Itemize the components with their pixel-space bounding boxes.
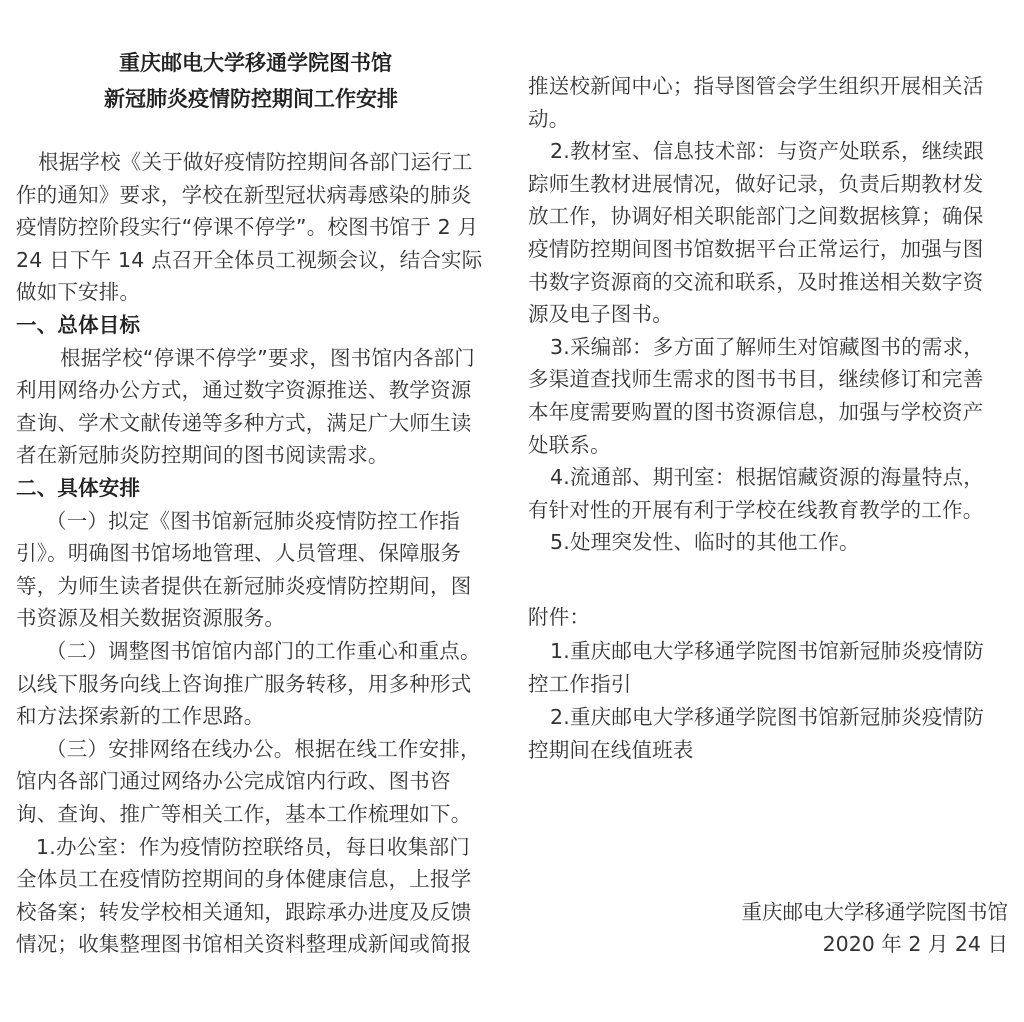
- paragraph-line: 源及电子图书。: [528, 300, 673, 328]
- signature-organization: 重庆邮电大学移通学院图书馆: [742, 898, 1009, 926]
- paragraph-line: 等，为师生读者提供在新冠肺炎疫情防控期间，图: [16, 572, 471, 600]
- paragraph-line: 3.采编部：多方面了解师生对馆藏图书的需求，: [528, 333, 984, 361]
- paragraph-line: 疫情防控阶段实行“停课不停学”。校图书馆于 2 月: [16, 213, 478, 241]
- paragraph-line: 多渠道查找师生需求的图书书目，继续修订和完善: [528, 365, 983, 393]
- paragraph-line: 有针对性的开展有利于学校在线教育教学的工作。: [528, 496, 983, 524]
- paragraph-line: 校备案；转发学校相关通知，跟踪承办进度及反馈: [16, 898, 471, 926]
- paragraph-line: 处联系。: [528, 431, 611, 459]
- paragraph-line: 本年度需要购置的图书资源信息，加强与学校资产: [528, 398, 983, 426]
- attachment-line: 2.重庆邮电大学移通学院图书馆新冠肺炎疫情防: [528, 703, 984, 731]
- paragraph-line: 放工作，协调好相关职能部门之间数据核算；确保: [528, 202, 983, 230]
- attachment-line: 控工作指引: [528, 670, 632, 698]
- paragraph-line: 询、查询、推广等相关工作，基本工作梳理如下。: [16, 800, 471, 828]
- paragraph-line: 情况；收集整理图书馆相关资料整理成新闻或简报: [16, 930, 471, 958]
- paragraph-line: 者在新冠肺炎防控期间的图书阅读需求。: [16, 441, 389, 469]
- paragraph-line: 查询、学术文献传递等多种方式，满足广大师生读: [16, 409, 471, 437]
- paragraph-line: （一）拟定《图书馆新冠肺炎疫情防控工作指: [16, 507, 460, 535]
- paragraph-line: 作的通知》要求，学校在新型冠状病毒感染的肺炎: [16, 181, 471, 209]
- attachment-line: 1.重庆邮电大学移通学院图书馆新冠肺炎疫情防: [528, 637, 984, 665]
- attachments-label: 附件：: [528, 603, 590, 631]
- paragraph-line: 做如下安排。: [16, 278, 140, 306]
- attachment-line: 控期间在线值班表: [528, 736, 694, 764]
- section-heading: 一、总体目标: [16, 311, 140, 339]
- paragraph-line: 根据学校《关于做好疫情防控期间各部门运行工: [16, 148, 473, 176]
- paragraph-line: （二）调整图书馆馆内部门的工作重心和重点。: [16, 637, 481, 665]
- paragraph-line: 5.处理突发性、临时的其他工作。: [528, 528, 860, 556]
- paragraph-line: 根据学校“停课不停学”要求，图书馆内各部门: [16, 344, 475, 372]
- paragraph-line: 疫情防控期间图书馆数据平台正常运行，加强与图: [528, 235, 983, 263]
- paragraph-line: 馆内各部门通过网络办公完成馆内行政、图书咨: [16, 767, 451, 795]
- paragraph-line: 动。: [528, 105, 569, 133]
- section-heading: 二、具体安排: [16, 474, 140, 502]
- paragraph-line: （三）安排网络在线办公。根据在线工作安排，: [16, 735, 481, 763]
- paragraph-line: 书资源及相关数据资源服务。: [16, 604, 285, 632]
- paragraph-line: 利用网络办公方式，通过数字资源推送、教学资源: [16, 376, 471, 404]
- paragraph-line: 4.流通部、期刊室：根据馆藏资源的海量特点，: [528, 463, 984, 491]
- paragraph-line: 2.教材室、信息技术部：与资产处联系，继续跟: [528, 137, 984, 165]
- document-title-line-2: 新冠肺炎疫情防控期间工作安排: [104, 84, 398, 114]
- paragraph-line: 书数字资源商的交流和联系，及时推送相关数字资: [528, 268, 983, 296]
- paragraph-line: 和方法探索新的工作思路。: [16, 702, 264, 730]
- paragraph-line: 踪师生教材进展情况，做好记录，负责后期教材发: [528, 170, 983, 198]
- paragraph-line: 引》。明确图书馆场地管理、人员管理、保障服务: [16, 539, 461, 567]
- paragraph-line: 全体员工在疫情防控期间的身体健康信息，上报学: [16, 865, 471, 893]
- paragraph-line: 1.办公室：作为疫情防控联络员，每日收集部门: [16, 833, 470, 861]
- paragraph-line: 以线下服务向线上咨询推广服务转移，用多种形式: [16, 670, 471, 698]
- document-title-line-1: 重庆邮电大学移通学院图书馆: [119, 48, 392, 78]
- paragraph-line: 24 日下午 14 点召开全体员工视频会议，结合实际: [16, 246, 482, 274]
- paragraph-line: 推送校新闻中心；指导图管会学生组织开展相关活: [528, 72, 983, 100]
- signature-date: 2020 年 2 月 24 日: [823, 930, 1008, 958]
